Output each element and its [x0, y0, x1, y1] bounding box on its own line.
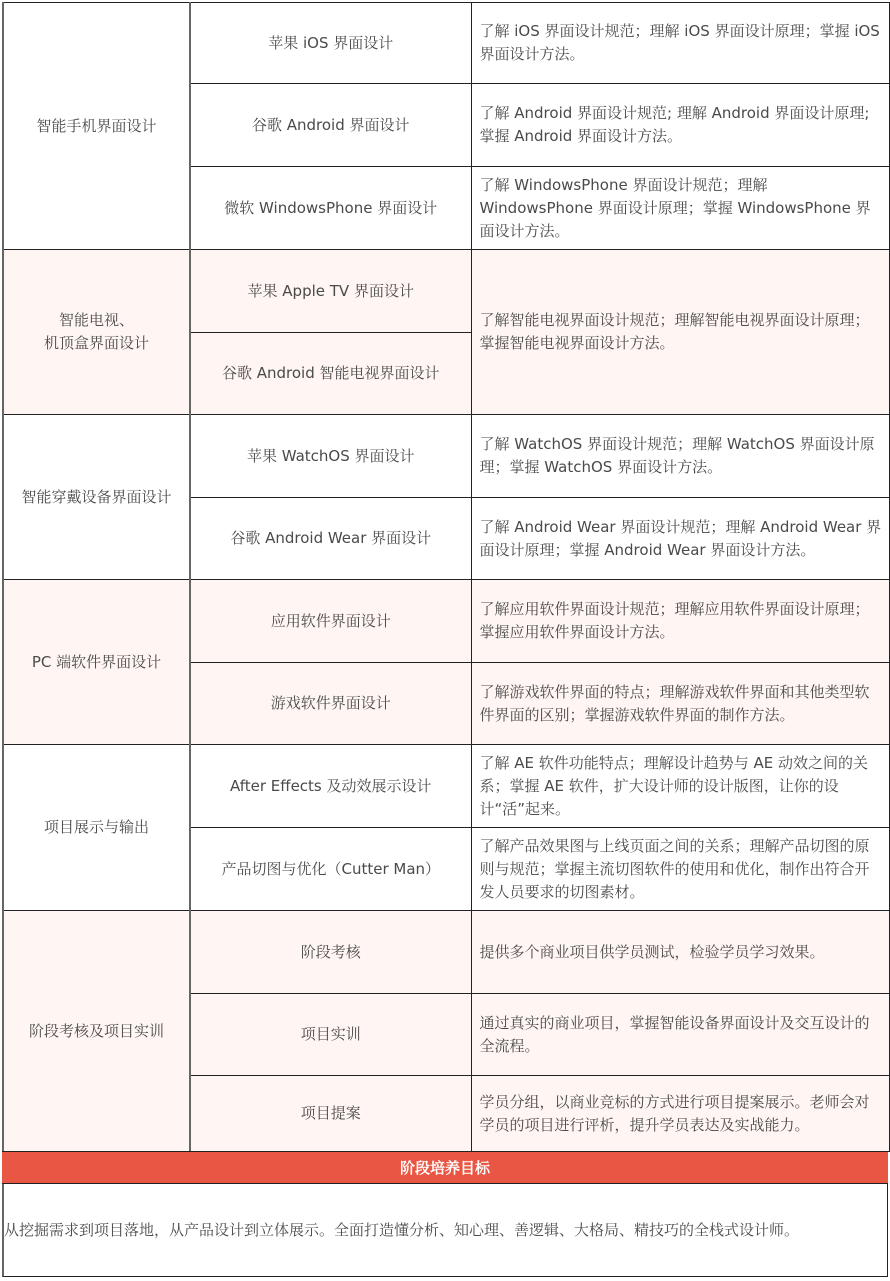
course-cell: 苹果 iOS 界面设计 — [190, 3, 471, 84]
table-row: 智能手机界面设计 苹果 iOS 界面设计 了解 iOS 界面设计规范；理解 iO… — [3, 3, 889, 84]
description-cell: 提供多个商业项目供学员测试，检验学员学习效果。 — [471, 911, 889, 994]
course-cell: 苹果 Apple TV 界面设计 — [190, 250, 471, 333]
category-line: 智能电视、 — [4, 309, 189, 332]
category-cell: PC 端软件界面设计 — [3, 580, 190, 745]
course-cell: 项目实训 — [190, 994, 471, 1076]
course-cell: 谷歌 Android Wear 界面设计 — [190, 498, 471, 580]
course-cell: After Effects 及动效展示设计 — [190, 745, 471, 828]
course-cell: 苹果 WatchOS 界面设计 — [190, 415, 471, 498]
curriculum-table: 智能手机界面设计 苹果 iOS 界面设计 了解 iOS 界面设计规范；理解 iO… — [2, 2, 890, 1152]
description-cell: 了解 Android 界面设计规范; 理解 Android 界面设计原理; 掌握… — [471, 84, 889, 167]
table-row: 智能电视、 机顶盒界面设计 苹果 Apple TV 界面设计 了解智能电视界面设… — [3, 250, 889, 333]
category-cell: 智能穿戴设备界面设计 — [3, 415, 190, 580]
course-cell: 谷歌 Android 智能电视界面设计 — [190, 333, 471, 415]
category-cell: 项目展示与输出 — [3, 745, 190, 911]
description-cell: 了解 WatchOS 界面设计规范；理解 WatchOS 界面设计原理；掌握 W… — [471, 415, 889, 498]
course-cell: 产品切图与优化（Cutter Man） — [190, 828, 471, 911]
description-cell: 了解 Android Wear 界面设计规范；理解 Android Wear 界… — [471, 498, 889, 580]
course-cell: 应用软件界面设计 — [190, 580, 471, 663]
description-cell: 了解 iOS 界面设计规范；理解 iOS 界面设计原理；掌握 iOS 界面设计方… — [471, 3, 889, 84]
description-cell: 了解产品效果图与上线页面之间的关系；理解产品切图的原则与规范；掌握主流切图软件的… — [471, 828, 889, 911]
table-row: 项目展示与输出 After Effects 及动效展示设计 了解 AE 软件功能… — [3, 745, 889, 828]
course-cell: 谷歌 Android 界面设计 — [190, 84, 471, 167]
description-cell: 学员分组，以商业竞标的方式进行项目提案展示。老师会对学员的项目进行评析，提升学员… — [471, 1076, 889, 1152]
goal-section-text: 从挖掘需求到项目落地，从产品设计到立体展示。全面打造懂分析、知心理、善逻辑、大格… — [2, 1184, 888, 1277]
table-row: PC 端软件界面设计 应用软件界面设计 了解应用软件界面设计规范；理解应用软件界… — [3, 580, 889, 663]
description-cell: 通过真实的商业项目，掌握智能设备界面设计及交互设计的全流程。 — [471, 994, 889, 1076]
category-cell: 智能电视、 机顶盒界面设计 — [3, 250, 190, 415]
description-cell: 了解游戏软件界面的特点；理解游戏软件界面和其他类型软件界面的区别；掌握游戏软件界… — [471, 663, 889, 745]
goal-section-header: 阶段培养目标 — [2, 1151, 888, 1184]
description-cell: 了解 AE 软件功能特点；理解设计趋势与 AE 动效之间的关系；掌握 AE 软件… — [471, 745, 889, 828]
description-cell: 了解智能电视界面设计规范；理解智能电视界面设计原理；掌握智能电视界面设计方法。 — [471, 250, 889, 415]
description-cell: 了解应用软件界面设计规范；理解应用软件界面设计原理；掌握应用软件界面设计方法。 — [471, 580, 889, 663]
course-cell: 项目提案 — [190, 1076, 471, 1152]
course-cell: 游戏软件界面设计 — [190, 663, 471, 745]
category-cell: 阶段考核及项目实训 — [3, 911, 190, 1152]
course-cell: 微软 WindowsPhone 界面设计 — [190, 167, 471, 250]
table-row: 阶段考核及项目实训 阶段考核 提供多个商业项目供学员测试，检验学员学习效果。 — [3, 911, 889, 994]
category-cell: 智能手机界面设计 — [3, 3, 190, 250]
category-line: 机顶盒界面设计 — [4, 332, 189, 355]
description-cell: 了解 WindowsPhone 界面设计规范；理解 WindowsPhone 界… — [471, 167, 889, 250]
table-row: 智能穿戴设备界面设计 苹果 WatchOS 界面设计 了解 WatchOS 界面… — [3, 415, 889, 498]
course-cell: 阶段考核 — [190, 911, 471, 994]
